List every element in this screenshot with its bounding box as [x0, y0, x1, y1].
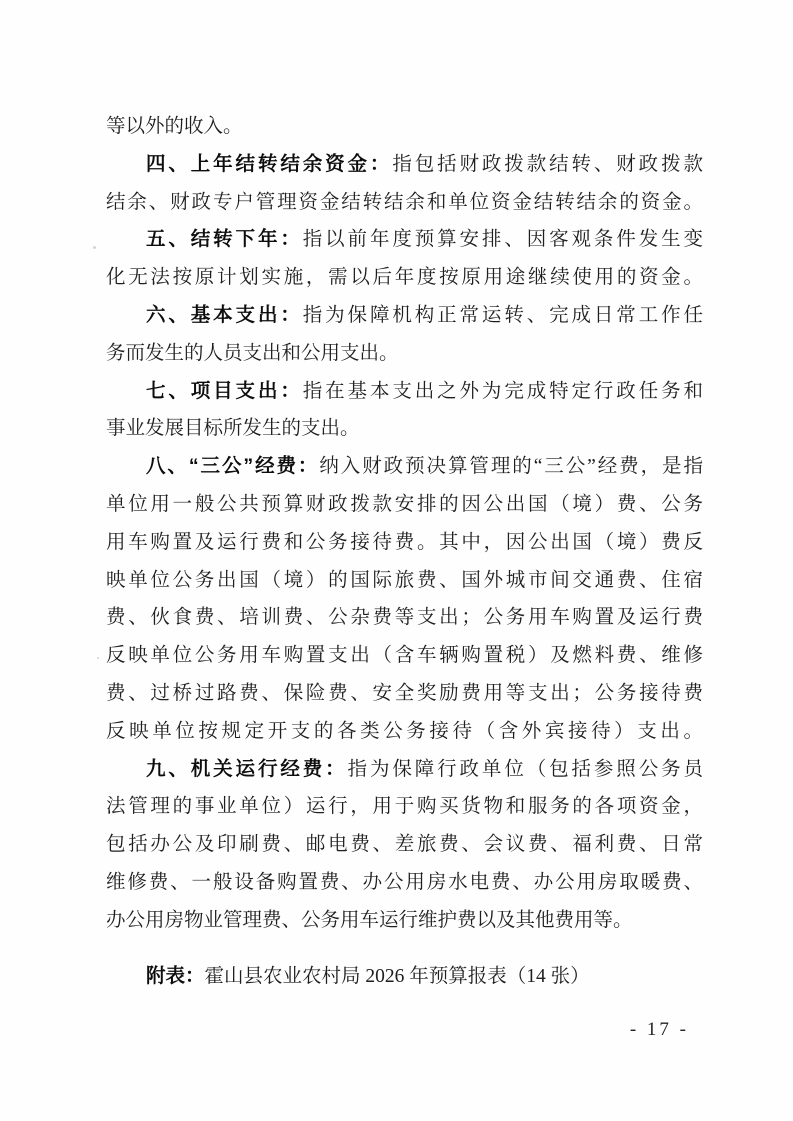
line-text: 指为保障行政单位（包括参照公务员 — [348, 759, 703, 780]
line-text: 指为保障机构正常运转、完成日常工作任 — [303, 305, 703, 326]
text-line: 化无法按原计划实施，需以后年度按原用途继续使用的资金。 — [106, 259, 703, 297]
scan-speck — [97, 657, 99, 659]
term-label: 四、上年结转结余资金： — [146, 153, 392, 175]
text-line: 六、基本支出：指为保障机构正常运转、完成日常工作任 — [106, 297, 703, 335]
term-label: 六、基本支出： — [146, 304, 303, 326]
text-line: 等以外的收入。 — [106, 108, 703, 146]
text-line: 结余、财政专户管理资金结转结余和单位资金结转结余的资金。 — [106, 184, 703, 222]
term-label: 五、结转下年： — [146, 228, 303, 250]
text-line: 费、伙食费、培训费、公杂费等支出；公务用车购置及运行费 — [106, 599, 703, 637]
line-text: 指包括财政拨款结转、财政拨款 — [392, 154, 703, 175]
text-line: 用车购置及运行费和公务接待费。其中，因公出国（境）费反 — [106, 524, 703, 562]
text-line: 七、项目支出：指在基本支出之外为完成特定行政任务和 — [106, 373, 703, 411]
text-line: 五、结转下年：指以前年度预算安排、因客观条件发生变 — [106, 221, 703, 259]
text-line: 九、机关运行经费：指为保障行政单位（包括参照公务员 — [106, 751, 703, 789]
document-body: 等以外的收入。 四、上年结转结余资金：指包括财政拨款结转、财政拨款 结余、财政专… — [106, 108, 703, 995]
text-line: 办公用房物业管理费、公务用车运行维护费以及其他费用等。 — [106, 902, 703, 940]
text-line: 反映单位公务用车购置支出（含车辆购置税）及燃料费、维修 — [106, 637, 703, 675]
text-line: 包括办公及印刷费、邮电费、差旅费、会议费、福利费、日常 — [106, 826, 703, 864]
line-text: 指以前年度预算安排、因客观条件发生变 — [303, 229, 703, 250]
text-line: 映单位公务出国（境）的国际旅费、国外城市间交通费、住宿 — [106, 562, 703, 600]
term-label: 七、项目支出： — [146, 380, 303, 402]
attachment-line: 附表：霍山县农业农村局 2026 年预算报表（14 张） — [106, 958, 703, 996]
text-line: 务而发生的人员支出和公用支出。 — [106, 335, 703, 373]
text-line: 单位用一般公共预算财政拨款安排的因公出国（境）费、公务 — [106, 486, 703, 524]
attachment-label: 附表： — [146, 965, 205, 987]
line-text: 纳入财政预决算管理的“三公”经费，是指 — [319, 456, 703, 477]
text-line: 法管理的事业单位）运行，用于购买货物和服务的各项资金， — [106, 788, 703, 826]
text-line: 反映单位按规定开支的各类公务接待（含外宾接待）支出。 — [106, 713, 703, 751]
text-line: 四、上年结转结余资金：指包括财政拨款结转、财政拨款 — [106, 146, 703, 184]
text-line: 八、“三公”经费：纳入财政预决算管理的“三公”经费，是指 — [106, 448, 703, 486]
attachment-text: 霍山县农业农村局 2026 年预算报表（14 张） — [204, 966, 589, 987]
page-number: - 17 - — [630, 1019, 689, 1041]
text-line: 事业发展目标所发生的支出。 — [106, 410, 703, 448]
term-label: 九、机关运行经费： — [146, 758, 348, 780]
line-text: 指在基本支出之外为完成特定行政任务和 — [303, 381, 703, 402]
text-line: 维修费、一般设备购置费、办公用房水电费、办公用房取暖费、 — [106, 864, 703, 902]
document-page: 等以外的收入。 四、上年结转结余资金：指包括财政拨款结转、财政拨款 结余、财政专… — [0, 0, 793, 1121]
scan-speck — [93, 246, 96, 249]
text-line: 费、过桥过路费、保险费、安全奖励费用等支出；公务接待费 — [106, 675, 703, 713]
term-label: 八、“三公”经费： — [146, 455, 319, 477]
